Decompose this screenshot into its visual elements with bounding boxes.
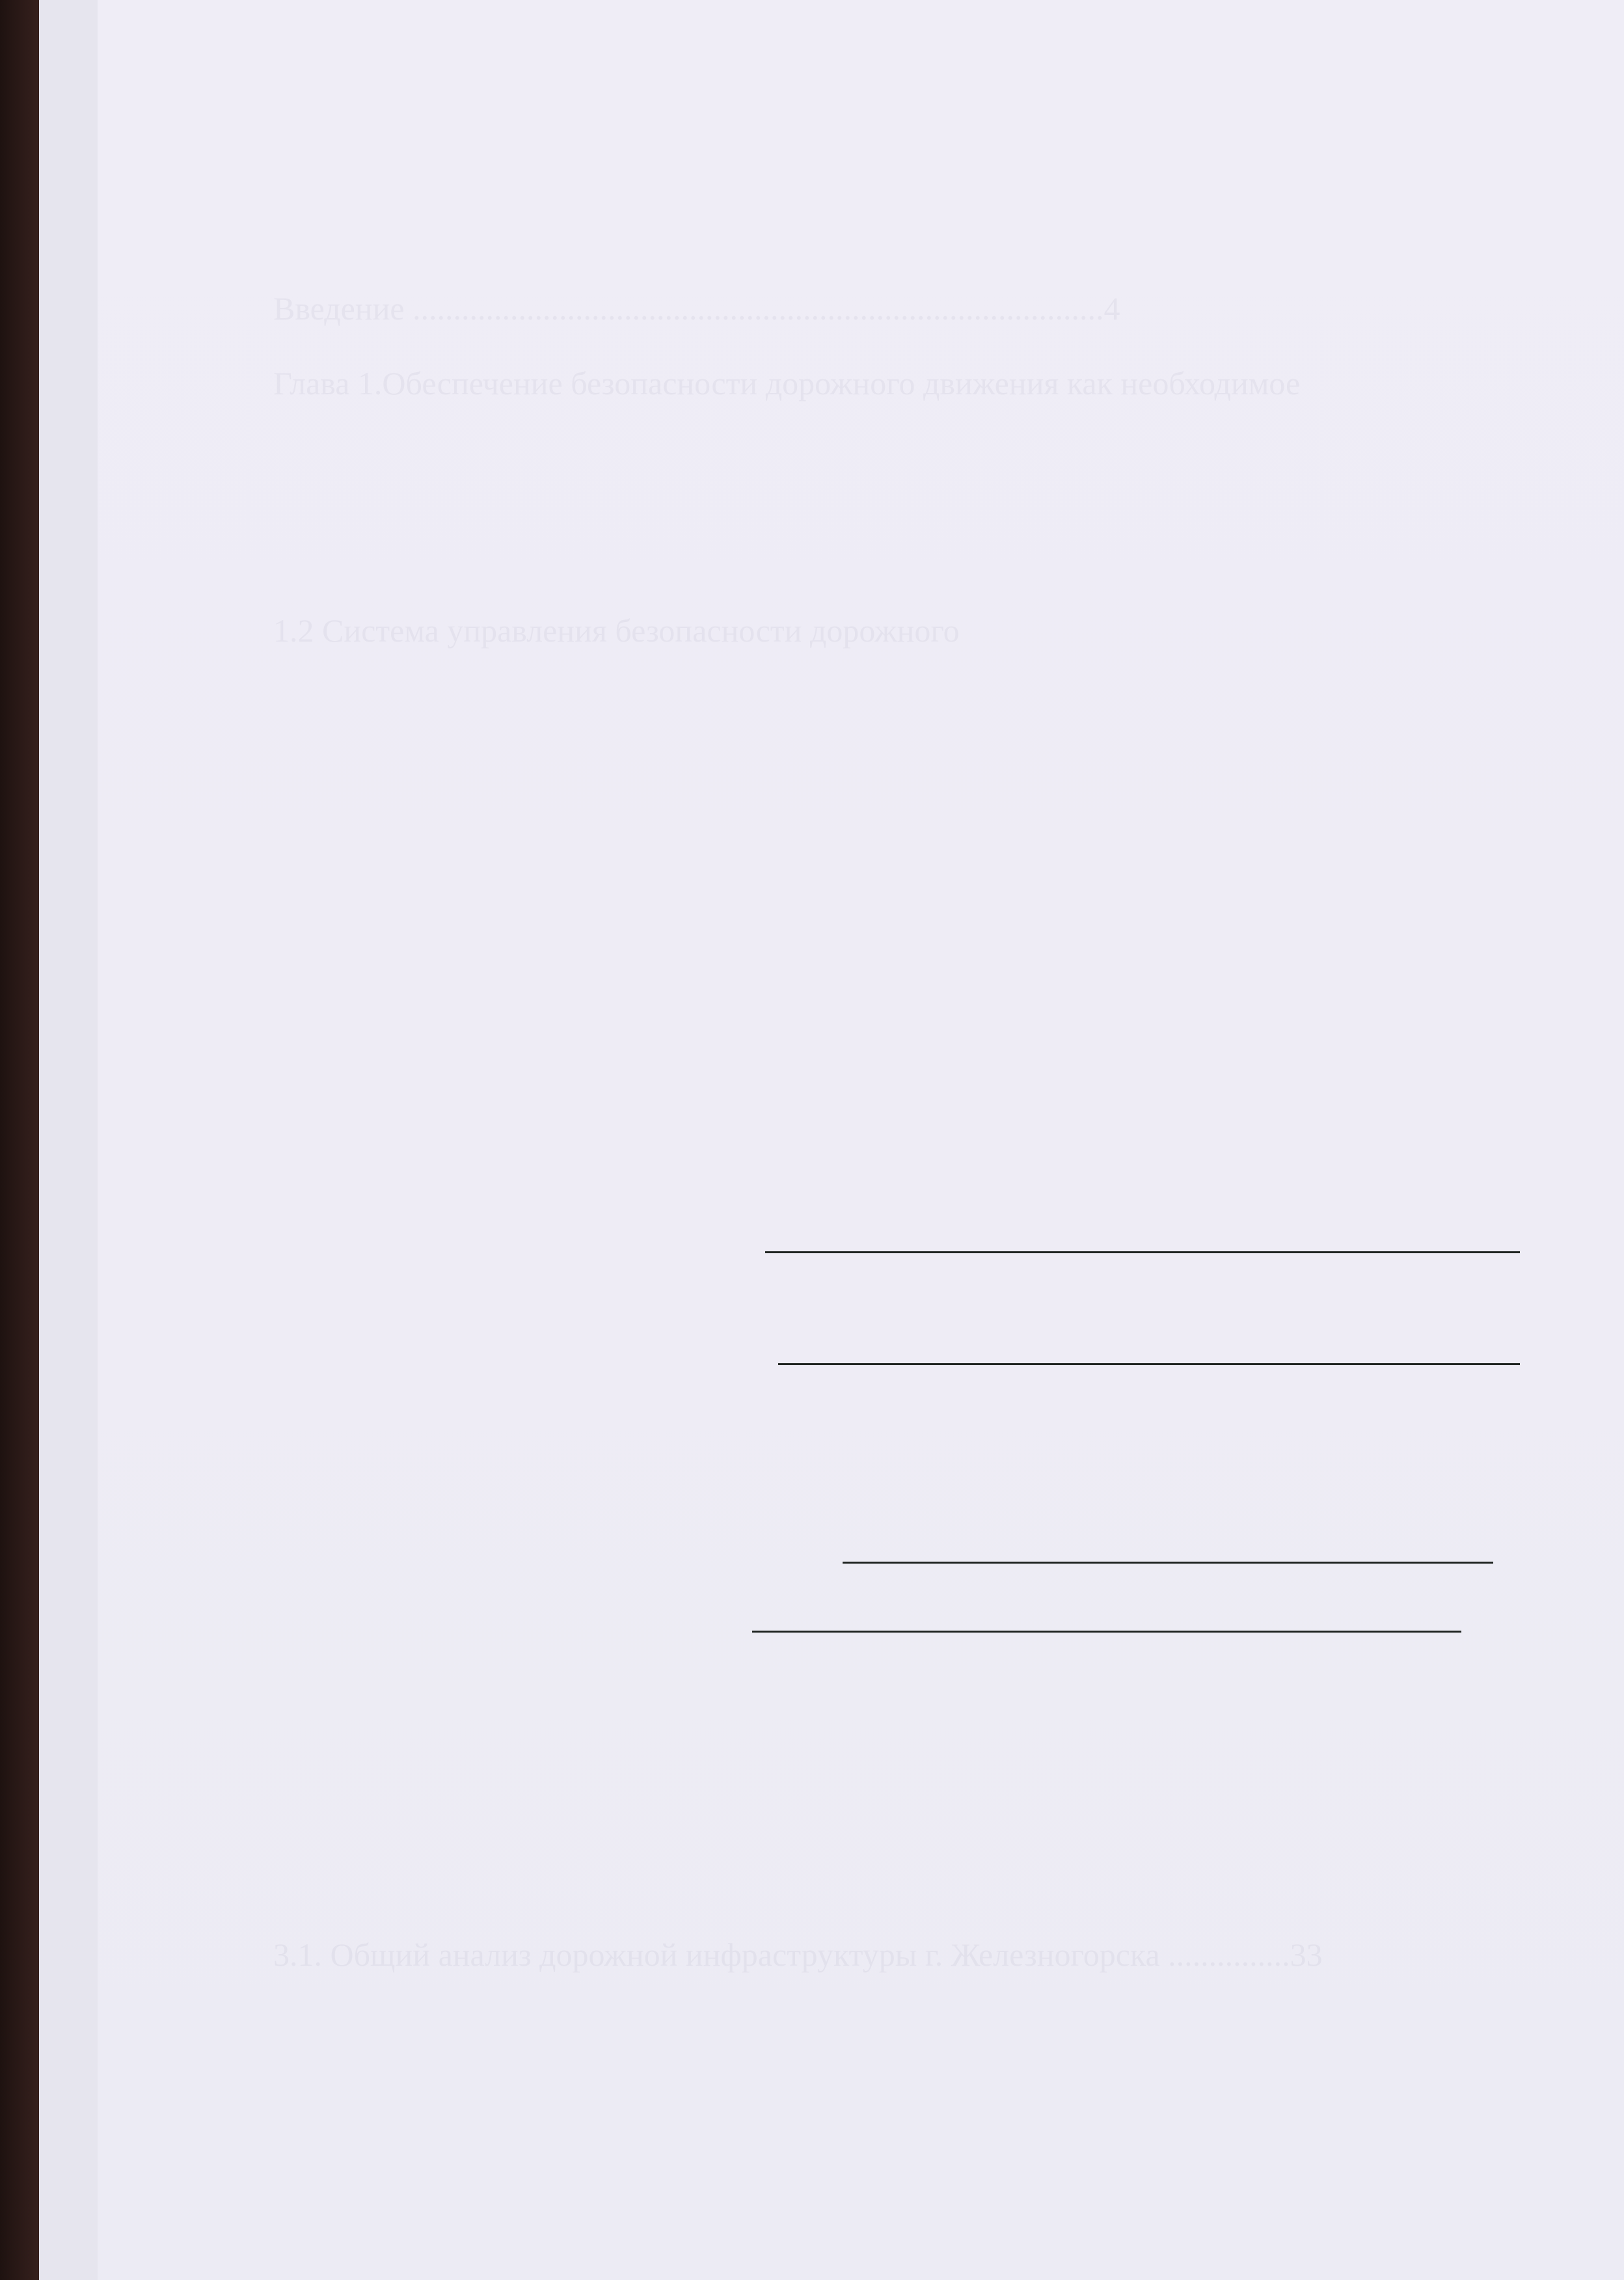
defense-date-line	[843, 1562, 1493, 1564]
show-through-text: Глава 1.Обеспечение безопасности дорожно…	[273, 364, 1300, 402]
show-through-text: Введение ...............................…	[273, 290, 1120, 327]
student-signature-line	[752, 1631, 1461, 1633]
show-through-text: 3.1. Общий анализ дорожной инфраструктур…	[273, 1936, 1323, 1974]
supervisor-signature-line	[778, 1363, 1520, 1365]
head-signature-line	[765, 1251, 1520, 1253]
binding-page-edge	[39, 0, 101, 2280]
show-through-text: 1.2 Система управления безопасности доро…	[273, 612, 960, 649]
title-page: Введение ...............................…	[98, 0, 1624, 2280]
